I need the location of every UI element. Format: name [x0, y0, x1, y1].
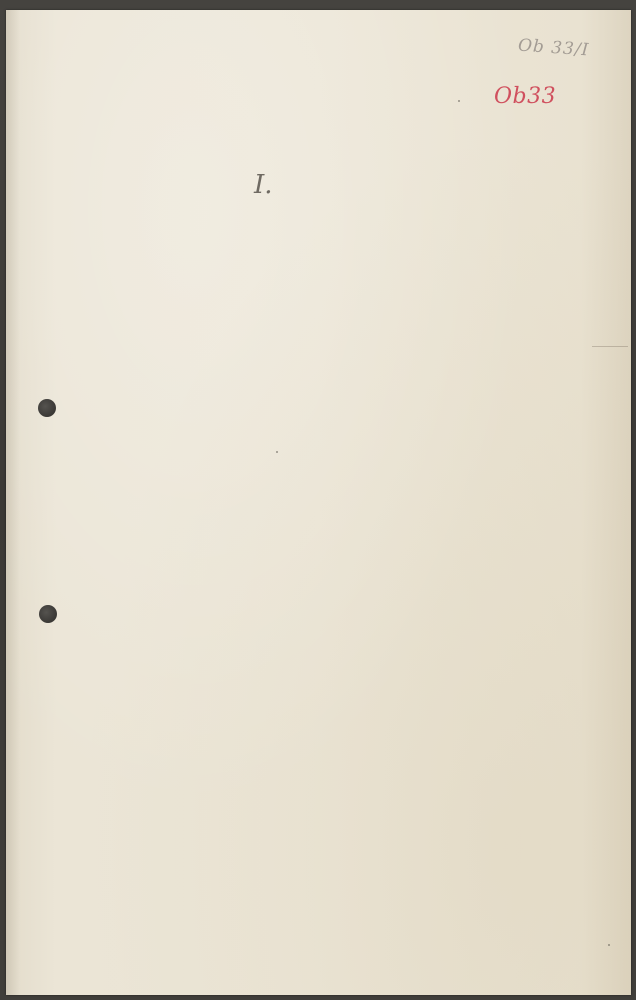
paper-speck — [608, 944, 610, 946]
red-reference-number: Ob33 — [494, 84, 556, 109]
document-page — [6, 10, 631, 995]
paper-speck — [276, 451, 278, 453]
punch-hole-bottom — [39, 605, 57, 623]
fold-mark — [592, 346, 628, 347]
punch-hole-top — [38, 399, 56, 417]
section-numeral: I. — [254, 170, 273, 200]
paper-speck — [458, 100, 460, 102]
